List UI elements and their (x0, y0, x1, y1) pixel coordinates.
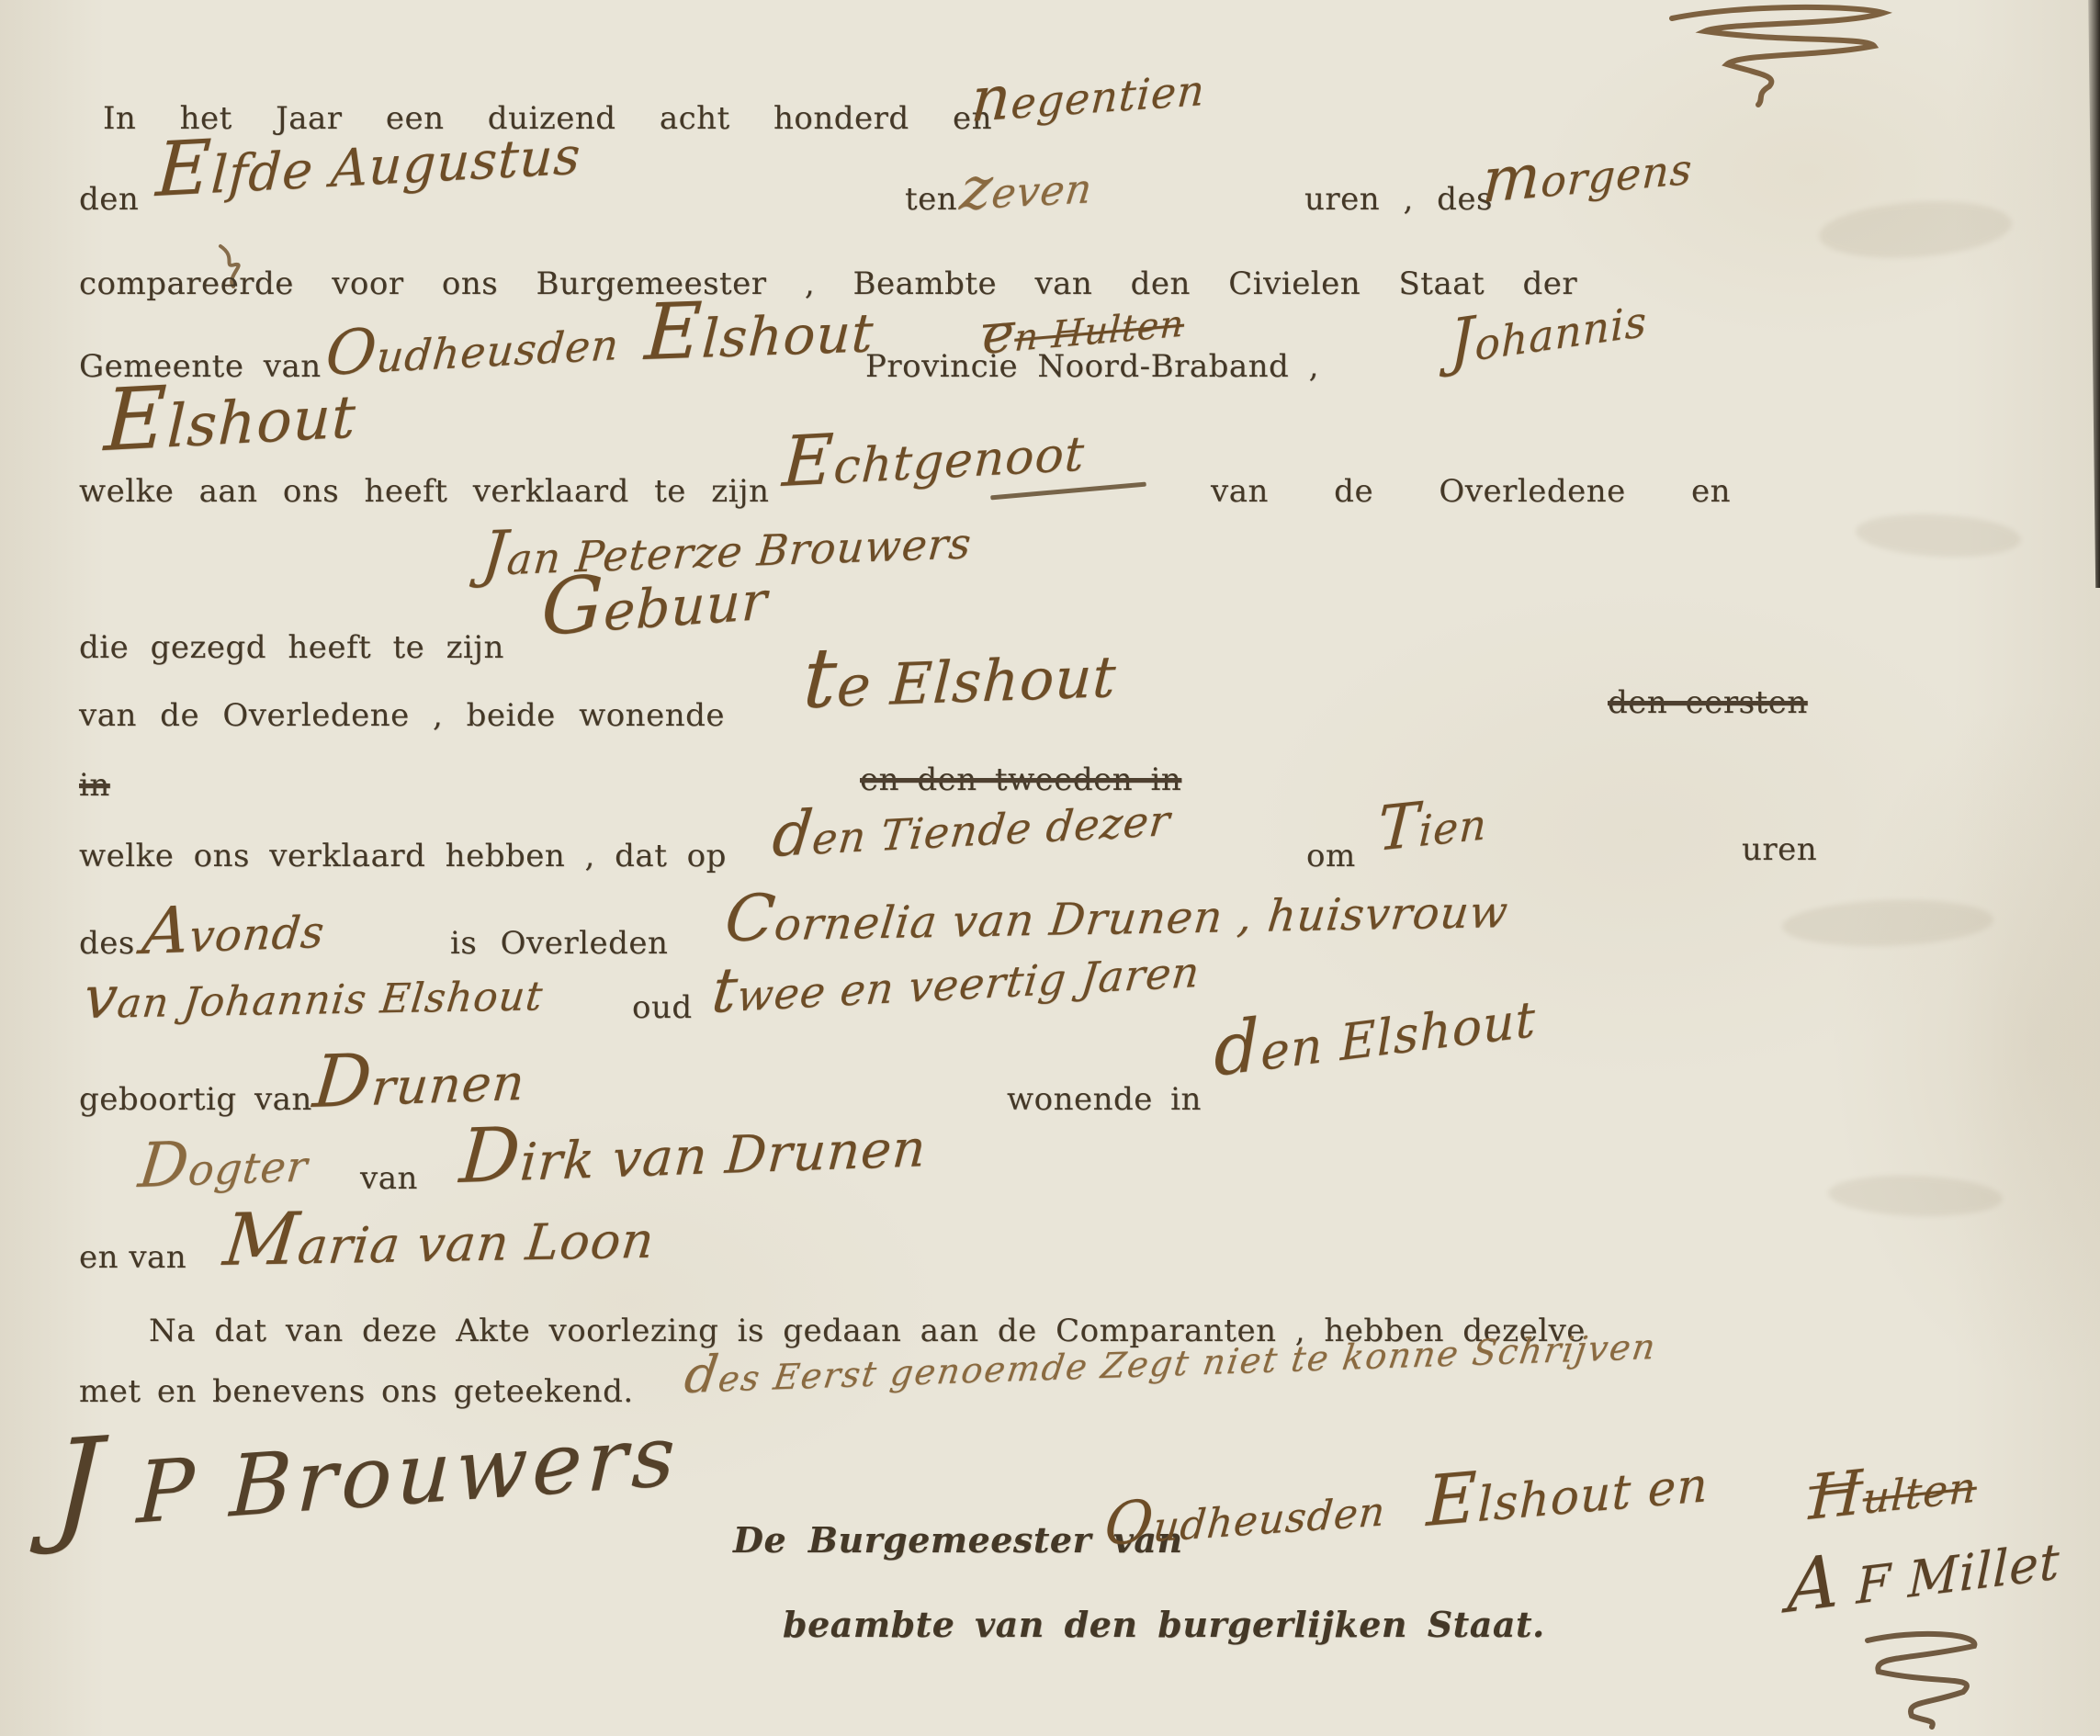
entry-hour: zeven (957, 154, 1097, 220)
entry-municipality-1: Oudheusden (323, 308, 623, 385)
form-is-overleden: is Overleden (450, 928, 668, 959)
entry-birthplace: Drunen (310, 1040, 529, 1120)
entry-deceased-spouse: van Johannis Elshout (81, 962, 547, 1029)
form-van-de-overledene: van de Overledene en (1211, 476, 1731, 507)
official-signature: A F Millet (1787, 1518, 2060, 1625)
form-uren: uren (1742, 834, 1817, 865)
form-des: des (79, 928, 135, 959)
footer-municipality-struck: Hulten (1808, 1449, 1978, 1529)
entry-relation-1: Echtgenoot (781, 411, 1087, 497)
entry-deceased-residence: den Elshout (1214, 976, 1537, 1088)
form-verklaard: welke aan ons heeft verklaard te zijn (79, 476, 769, 507)
form-geboortig-van: geboortig van (79, 1084, 312, 1115)
form-beide-wonende: van de Overledene , beide wonende (79, 700, 725, 731)
ink-bleedthrough (1781, 896, 1994, 950)
entry-death-daypart: Avonds (140, 894, 329, 964)
entry-year: negentien (969, 53, 1208, 131)
entry-residence-both: te Elshout (801, 628, 1119, 722)
entry-death-hour: Tien (1376, 787, 1489, 861)
footer-municipality-2: Elshout en (1426, 1443, 1709, 1538)
entry-declarant-surname: Elshout (103, 365, 358, 463)
entry-relation-parents: Dogter (136, 1129, 311, 1196)
form-uren-des: uren , des (1304, 184, 1493, 215)
form-oud: oud (632, 992, 693, 1023)
form-in-struck: in (79, 770, 110, 801)
form-om: om (1306, 840, 1356, 872)
form-verklaard-dat-op: welke ons verklaard hebben , dat op (79, 840, 727, 872)
form-van: van (360, 1163, 418, 1194)
entry-relation-2: Gebuur (540, 553, 769, 647)
form-wonende-in: wonende in (1007, 1084, 1202, 1115)
entry-death-date: den Tiende dezer (770, 783, 1174, 866)
page-edge-shadow (2085, 0, 2100, 588)
form-beambte: beambte van den burgerlijken Staat. (783, 1607, 1545, 1642)
ink-bleedthrough (1827, 1173, 2003, 1220)
entry-father-name: Dirk van Drunen (457, 1104, 930, 1195)
form-provincie: Provincie Noord-Braband , (865, 351, 1319, 382)
form-gezegd: die gezegd heeft te zijn (79, 632, 504, 663)
death-record-page: In het Jaar een duizend acht honderd en … (0, 0, 2100, 1736)
form-ten: ten (905, 184, 957, 215)
ink-bleedthrough (1817, 196, 2014, 265)
form-en-van: en van (79, 1242, 186, 1273)
form-den-eersten-struck: den eersten (1608, 687, 1808, 718)
ink-scribble (1851, 1628, 1998, 1729)
entry-municipality-2: Elshout (643, 286, 876, 371)
ink-scribble (1661, 2, 1909, 107)
ink-bleedthrough (1855, 510, 2022, 560)
form-den: den (79, 184, 139, 215)
entry-daypart: morgens (1481, 131, 1694, 211)
footer-municipality-1: Oudheusden (1102, 1477, 1389, 1556)
entry-mother-name: Maria van Loon (220, 1198, 659, 1278)
